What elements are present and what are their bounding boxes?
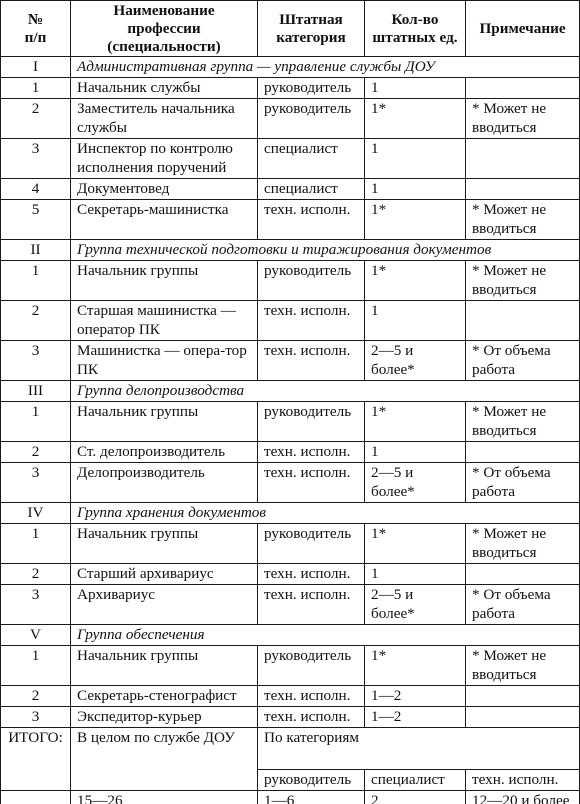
totals-category-value: 12—20 и более (466, 791, 580, 804)
header-category: Штатнаякатегория (258, 1, 365, 57)
totals-category-name: специалист (365, 770, 466, 791)
staff-category: специалист (258, 179, 365, 200)
table-header-row: №п/п Наименование профессии(специальност… (1, 1, 580, 57)
row-note: * Может не вводиться (466, 646, 580, 686)
profession-name: Ст. делопроизводитель (71, 442, 258, 463)
header-num-line2: п/п (25, 29, 47, 46)
group-number: III (1, 381, 71, 402)
header-category-line2: категория (276, 29, 345, 46)
row-note (466, 707, 580, 728)
group-number: I (1, 57, 71, 78)
row-number: 3 (1, 139, 71, 179)
row-note (466, 442, 580, 463)
group-number: II (1, 240, 71, 261)
totals-values-row: 15—261—6212—20 и более (1, 791, 580, 804)
totals-overall-value: 15—26 (71, 791, 258, 804)
group-number: V (1, 625, 71, 646)
staff-category: техн. исполн. (258, 707, 365, 728)
row-number: 1 (1, 524, 71, 564)
profession-name: Старшая машинистка — оператор ПК (71, 301, 258, 341)
row-number: 2 (1, 301, 71, 341)
row-note: * Может не вводиться (466, 261, 580, 301)
totals-label: ИТОГО: (1, 728, 71, 791)
table-row: 2Старший архивариустехн. исполн.1 (1, 564, 580, 585)
profession-name: Делопроизводитель (71, 463, 258, 503)
profession-name: Секретарь-машинистка (71, 200, 258, 240)
staff-count: 1—2 (365, 686, 466, 707)
header-count: Кол-воштатных ед. (365, 1, 466, 57)
header-num-line1: № (28, 11, 43, 28)
staff-count: 1* (365, 646, 466, 686)
staff-category: техн. исполн. (258, 341, 365, 381)
group-title: Группа технической подготовки и тиражиро… (71, 240, 580, 261)
staff-count: 1—2 (365, 707, 466, 728)
staff-count: 1 (365, 564, 466, 585)
staff-category: руководитель (258, 646, 365, 686)
totals-by-category-label: По категориям (258, 728, 580, 770)
header-category-line1: Штатная (279, 11, 343, 28)
staff-count: 1 (365, 301, 466, 341)
staff-category: техн. исполн. (258, 301, 365, 341)
staffing-table: №п/п Наименование профессии(специальност… (0, 0, 580, 804)
group-header-row: IVГруппа хранения документов (1, 503, 580, 524)
row-note (466, 78, 580, 99)
row-note: * Может не вводиться (466, 402, 580, 442)
table-row: 1Начальник группыруководитель1** Может н… (1, 261, 580, 301)
totals-empty-cell (1, 791, 71, 804)
row-note: * От объема работа (466, 585, 580, 625)
table-row: 3Машинистка — опера-тор ПКтехн. исполн.2… (1, 341, 580, 381)
table-row: 2Заместитель начальника службыруководите… (1, 99, 580, 139)
profession-name: Секретарь-стенографист (71, 686, 258, 707)
table-row: 2Ст. делопроизводительтехн. исполн.1 (1, 442, 580, 463)
row-number: 2 (1, 442, 71, 463)
row-note (466, 564, 580, 585)
staff-category: техн. исполн. (258, 686, 365, 707)
staff-category: руководитель (258, 99, 365, 139)
row-note (466, 301, 580, 341)
profession-name: Начальник службы (71, 78, 258, 99)
row-note: * От объема работа (466, 341, 580, 381)
staff-count: 1 (365, 179, 466, 200)
staff-category: руководитель (258, 78, 365, 99)
row-note: * Может не вводиться (466, 200, 580, 240)
row-note (466, 179, 580, 200)
totals-category-name: руководитель (258, 770, 365, 791)
profession-name: Экспедитор-курьер (71, 707, 258, 728)
profession-name: Инспектор по контролю исполнения поручен… (71, 139, 258, 179)
header-name-line2: (специальности) (107, 38, 220, 55)
header-name-line1: Наименование профессии (113, 2, 214, 37)
row-number: 2 (1, 686, 71, 707)
header-name: Наименование профессии(специальности) (71, 1, 258, 57)
profession-name: Начальник группы (71, 524, 258, 564)
row-number: 1 (1, 402, 71, 442)
row-number: 1 (1, 78, 71, 99)
staff-count: 1 (365, 78, 466, 99)
table-row: 3Архивариустехн. исполн.2—5 и более** От… (1, 585, 580, 625)
staff-category: техн. исполн. (258, 442, 365, 463)
row-number: 2 (1, 99, 71, 139)
profession-name: Документовед (71, 179, 258, 200)
staff-count: 1* (365, 99, 466, 139)
totals-category-value: 1—6 (258, 791, 365, 804)
staff-count: 1* (365, 261, 466, 301)
table-row: 5Секретарь-машинисткатехн. исполн.1** Мо… (1, 200, 580, 240)
group-title: Административная группа — управление слу… (71, 57, 580, 78)
row-number: 1 (1, 646, 71, 686)
profession-name: Машинистка — опера-тор ПК (71, 341, 258, 381)
staff-count: 2—5 и более* (365, 463, 466, 503)
table-row: 3Экспедитор-курьертехн. исполн.1—2 (1, 707, 580, 728)
totals-overall-label: В целом по службе ДОУ (71, 728, 258, 791)
staff-category: техн. исполн. (258, 564, 365, 585)
staff-category: техн. исполн. (258, 585, 365, 625)
row-number: 3 (1, 463, 71, 503)
group-header-row: IАдминистративная группа — управление сл… (1, 57, 580, 78)
staff-count: 2—5 и более* (365, 341, 466, 381)
group-title: Группа хранения документов (71, 503, 580, 524)
staff-count: 1* (365, 200, 466, 240)
header-count-line2: штатных ед. (372, 29, 457, 46)
totals-category-name: техн. исполн. (466, 770, 580, 791)
row-note: * Может не вводиться (466, 99, 580, 139)
table-row: 1Начальник группыруководитель1** Может н… (1, 524, 580, 564)
table-row: 3Делопроизводительтехн. исполн.2—5 и бол… (1, 463, 580, 503)
table-row: 1Начальник группыруководитель1** Может н… (1, 402, 580, 442)
staff-category: техн. исполн. (258, 463, 365, 503)
staff-count: 1* (365, 402, 466, 442)
group-title: Группа делопроизводства (71, 381, 580, 402)
profession-name: Архивариус (71, 585, 258, 625)
staff-count: 1 (365, 442, 466, 463)
table-row: 3Инспектор по контролю исполнения поруче… (1, 139, 580, 179)
profession-name: Начальник группы (71, 261, 258, 301)
staff-category: руководитель (258, 261, 365, 301)
staff-count: 1* (365, 524, 466, 564)
header-num: №п/п (1, 1, 71, 57)
row-number: 1 (1, 261, 71, 301)
staff-category: техн. исполн. (258, 200, 365, 240)
profession-name: Начальник группы (71, 646, 258, 686)
row-number: 3 (1, 341, 71, 381)
row-note (466, 686, 580, 707)
profession-name: Старший архивариус (71, 564, 258, 585)
totals-label-row: ИТОГО:В целом по службе ДОУПо категориям (1, 728, 580, 770)
header-note: Примечание (466, 1, 580, 57)
table-row: 4Документоведспециалист1 (1, 179, 580, 200)
staff-category: руководитель (258, 402, 365, 442)
row-number: 5 (1, 200, 71, 240)
row-number: 2 (1, 564, 71, 585)
table-row: 1Начальник группыруководитель1** Может н… (1, 646, 580, 686)
header-count-line1: Кол-во (392, 11, 439, 28)
totals-category-value: 2 (365, 791, 466, 804)
group-header-row: VГруппа обеспечения (1, 625, 580, 646)
row-note (466, 139, 580, 179)
table-row: 2Старшая машинистка — оператор ПКтехн. и… (1, 301, 580, 341)
group-number: IV (1, 503, 71, 524)
group-header-row: IIIГруппа делопроизводства (1, 381, 580, 402)
table-row: 1Начальник службыруководитель1 (1, 78, 580, 99)
row-number: 3 (1, 707, 71, 728)
staff-count: 1 (365, 139, 466, 179)
table-body: IАдминистративная группа — управление сл… (1, 57, 580, 804)
row-note: * От объема работа (466, 463, 580, 503)
staff-count: 2—5 и более* (365, 585, 466, 625)
profession-name: Заместитель начальника службы (71, 99, 258, 139)
row-note: * Может не вводиться (466, 524, 580, 564)
staff-category: специалист (258, 139, 365, 179)
staff-category: руководитель (258, 524, 365, 564)
profession-name: Начальник группы (71, 402, 258, 442)
group-header-row: IIГруппа технической подготовки и тиражи… (1, 240, 580, 261)
group-title: Группа обеспечения (71, 625, 580, 646)
row-number: 3 (1, 585, 71, 625)
row-number: 4 (1, 179, 71, 200)
table-row: 2Секретарь-стенографисттехн. исполн.1—2 (1, 686, 580, 707)
